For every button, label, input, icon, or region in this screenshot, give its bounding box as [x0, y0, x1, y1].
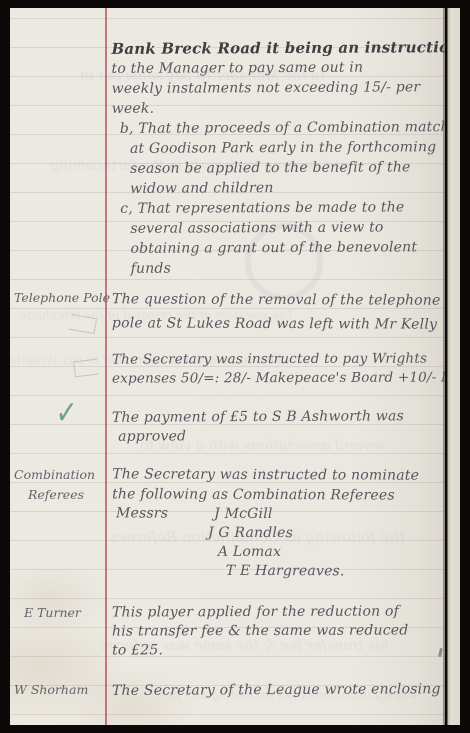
minute-book-scan: to the Manager to pay same out in at Goo… [0, 0, 470, 733]
entry-line: funds [113, 257, 445, 279]
margin-note-telephone-pole: Telephone Pole [14, 288, 104, 308]
margin-note-shorham: W Shorham [14, 680, 104, 700]
margin-note-line: Referees [14, 485, 104, 505]
entry-line-item-b: b, That the proceeds of a Combination ma… [112, 117, 445, 139]
referee-name: A Lomax [112, 542, 419, 562]
referee-name: J McGill [214, 506, 273, 522]
messrs-label: Messrs [116, 505, 168, 521]
minute-entry-ashworth-payment: The payment of £5 to S B Ashworth was ap… [112, 407, 404, 447]
referee-list-row: MessrsJ McGill [112, 504, 419, 524]
check-mark-icon: ✓ [55, 392, 78, 433]
referee-name: T E Hargreaves. [112, 561, 419, 581]
page-crease [447, 8, 448, 725]
entry-line: obtaining a grant out of the benevolent [112, 237, 445, 259]
entry-line: widow and children [112, 177, 445, 199]
minute-entry-wrights-expenses: The Secretary was instructed to pay Wrig… [112, 349, 445, 388]
entry-line: approved [112, 426, 404, 447]
minute-entry-telephone-pole: The question of the removal of the telep… [112, 287, 441, 336]
referee-name: J G Randles [112, 523, 419, 543]
minute-entry-combination-referees: The Secretary was instructed to nominate… [112, 464, 419, 581]
minute-entry-bank-breck-road: Bank Breck Road it being an instruction … [111, 37, 445, 279]
margin-note-turner: E Turner [14, 603, 104, 623]
next-page-edge [447, 8, 460, 725]
entry-line: The Secretary was instructed to pay Wrig… [112, 349, 445, 369]
entry-line: weekly instalments not exceeding 15/- pe… [112, 77, 445, 99]
entry-line: his transfer fee & the same was reduced [112, 621, 409, 641]
entry-line: The Secretary was instructed to nominate [112, 464, 419, 485]
entry-line: pole at St Lukes Road was left with Mr K… [112, 311, 441, 336]
entry-line: The payment of £5 to S B Ashworth was [112, 407, 404, 428]
entry-line: This player applied for the reduction of [112, 602, 409, 622]
red-margin-line [105, 8, 107, 725]
entry-line-item-c: c, That representations be made to the [112, 197, 445, 219]
minute-entry-league-letter: The Secretary of the League wrote enclos… [112, 679, 445, 701]
pencil-mark [73, 359, 99, 378]
margin-note-line: Combination [14, 465, 104, 485]
margin-note-combination-referees: Combination Referees [14, 465, 104, 505]
ledger-page: to the Manager to pay same out in at Goo… [10, 8, 445, 725]
entry-line: to £25. [112, 640, 409, 660]
entry-line: the following as Combination Referees [112, 484, 419, 505]
entry-line: Bank Breck Road it being an instruction [111, 37, 445, 59]
entry-line: several associations with a view to [112, 217, 445, 239]
minute-entry-turner-transfer: This player applied for the reduction of… [112, 602, 409, 660]
page-edge-shadow [443, 8, 445, 725]
entry-line: season be applied to the benefit of the [112, 157, 445, 179]
entry-line: expenses 50/=: 28/- Makepeace's Board +1… [112, 368, 445, 388]
entry-line: The Secretary of the League wrote enclos… [112, 679, 445, 701]
entry-line: The question of the removal of the telep… [112, 287, 441, 312]
entry-line: at Goodison Park early in the forthcomin… [112, 137, 445, 159]
entry-line: week. [112, 97, 445, 119]
pencil-mark [69, 314, 97, 334]
entry-line: to the Manager to pay same out in [111, 57, 445, 79]
